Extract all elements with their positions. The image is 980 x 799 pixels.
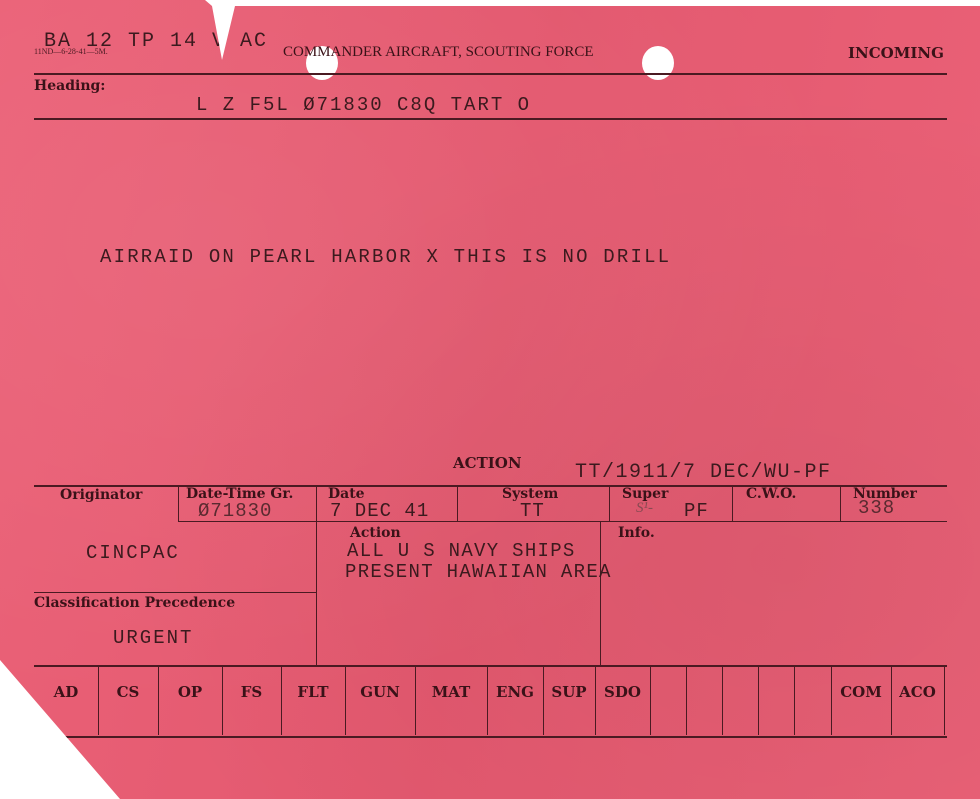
routing-bottom-rule [34, 736, 947, 738]
super-value: PF [684, 500, 709, 522]
row1-bottom-rule [178, 521, 947, 522]
routing-top-rule [34, 665, 947, 667]
routing-cell-cs: CS [98, 668, 158, 736]
routing-cell-blank [722, 668, 758, 736]
routing-cell-sup: SUP [543, 668, 595, 736]
routing-cell-sdo: SDO [595, 668, 650, 736]
classification-label: Classification Precedence [34, 595, 235, 611]
header-rule [34, 73, 947, 75]
table-top-rule [34, 485, 947, 487]
routing-cell-fs: FS [222, 668, 281, 736]
routing-typed: TT/1911/7 DEC/WU-PF [575, 461, 832, 484]
message-form-paper: BA 12 TP 14 V AC 11ND—6-28-41—5M. COMMAN… [0, 0, 980, 799]
divider [316, 486, 317, 666]
routing-cell-eng: ENG [487, 668, 543, 736]
routing-cell-blank [794, 668, 831, 736]
classification-value: URGENT [113, 627, 193, 649]
action-label: ACTION [453, 454, 522, 472]
action-addr-label: Action [350, 525, 401, 541]
divider [178, 486, 179, 521]
number-value: 338 [858, 497, 895, 519]
routing-cell-aco: ACO [891, 668, 944, 736]
date-value: 7 DEC 41 [330, 500, 429, 522]
direction-label: INCOMING [848, 44, 944, 62]
system-value: TT [520, 500, 545, 522]
dtg-value: Ø71830 [198, 500, 272, 522]
originator-label: Originator [60, 487, 142, 503]
routing-cell-ad: AD [34, 668, 98, 736]
super-handwritten: S¹- [636, 500, 653, 517]
divider [840, 486, 841, 521]
action-addr-line1: ALL U S NAVY SHIPS [347, 540, 576, 562]
routing-cell-gun: GUN [345, 668, 415, 736]
divider [944, 667, 945, 735]
heading-value: L Z F5L Ø71830 C8Q TART O [196, 94, 531, 116]
classification-rule [34, 592, 316, 593]
divider [609, 486, 610, 521]
routing-cell-blank [686, 668, 722, 736]
heading-rule [34, 118, 947, 120]
action-addr-line2: PRESENT HAWAIIAN AREA [345, 561, 612, 583]
form-title: COMMANDER AIRCRAFT, SCOUTING FORCE [283, 44, 594, 61]
form-number: 11ND—6-28-41—5M. [34, 47, 108, 56]
info-label: Info. [618, 525, 655, 541]
routing-cell-blank [758, 668, 794, 736]
cwo-label: C.W.O. [746, 486, 796, 502]
divider [732, 486, 733, 521]
originator-value: CINCPAC [86, 542, 180, 564]
heading-label: Heading: [34, 78, 105, 94]
routing-cell-op: OP [158, 668, 222, 736]
routing-cell-com: COM [831, 668, 891, 736]
routing-cell-blank [650, 668, 686, 736]
routing-cell-mat: MAT [415, 668, 487, 736]
routing-cell-flt: FLT [281, 668, 345, 736]
divider [600, 522, 601, 666]
message-body: AIRRAID ON PEARL HARBOR X THIS IS NO DRI… [100, 246, 671, 268]
divider [457, 486, 458, 521]
